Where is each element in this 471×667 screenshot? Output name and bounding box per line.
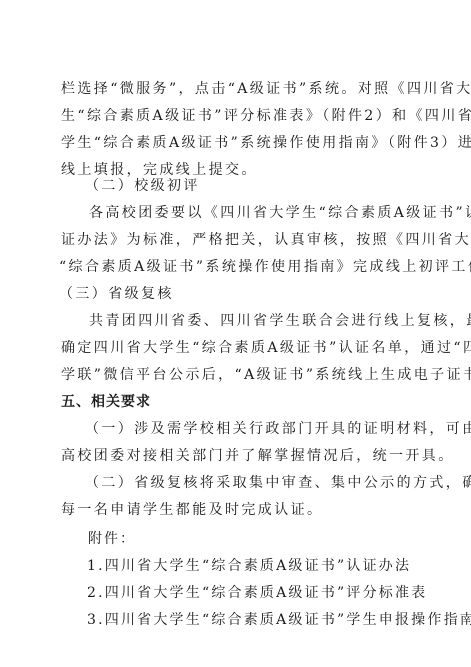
paragraph-line: 共青团四川省委、四川省学生联合会进行线上复核，最终 [89, 313, 471, 329]
paragraph-line: 学生“综合素质A级证书”系统操作使用指南》（附件3）进行 [61, 135, 471, 151]
paragraph-line: 各高校团委要以《四川省大学生“综合素质A级证书”认 [89, 205, 471, 221]
paragraph-line: 高校团委对接相关部门并了解掌握情况后，统一开具。 [61, 448, 455, 464]
paragraph-line: 生“综合素质A级证书”评分标准表》（附件2）和《四川省大 [61, 108, 471, 124]
attachment-item: 2.四川省大学生“综合素质A级证书”评分标准表 [87, 585, 427, 601]
attachments-label: 附件： [88, 531, 136, 547]
paragraph-line: 每一名申请学生都能及时完成认证。 [61, 502, 323, 518]
paragraph-line: 学联”微信平台公示后，“A级证书”系统线上生成电子证书。 [61, 367, 471, 383]
attachment-item: 1.四川省大学生“综合素质A级证书”认证办法 [87, 558, 411, 574]
paragraph-line: （二）省级复核将采取集中审查、集中公示的方式，确保 [85, 475, 471, 491]
paragraph-line: 线上填报，完成线上提交。 [61, 162, 258, 178]
paragraph-line: 栏选择“微服务”，点击“A级证书”系统。对照《四川省大学 [61, 81, 471, 97]
paragraph-line: 确定四川省大学生“综合素质A级证书”认证名单，通过“四川 [61, 340, 471, 356]
paragraph-line: “综合素质A级证书”系统操作使用指南》完成线上初评工作。 [59, 259, 471, 275]
paragraph-line: 证办法》为标准，严格把关，认真审核，按照《四川省大学生 [61, 232, 471, 248]
subheading-province-review: （三）省级复核 [59, 286, 174, 302]
subheading-school-review: （二）校级初评 [85, 178, 200, 194]
section-heading-requirements: 五、相关要求 [61, 394, 151, 410]
paragraph-line: （一）涉及需学校相关行政部门开具的证明材料，可由各 [85, 421, 471, 437]
attachment-item: 3.四川省大学生“综合素质A级证书”学生申报操作指南 [87, 612, 471, 628]
